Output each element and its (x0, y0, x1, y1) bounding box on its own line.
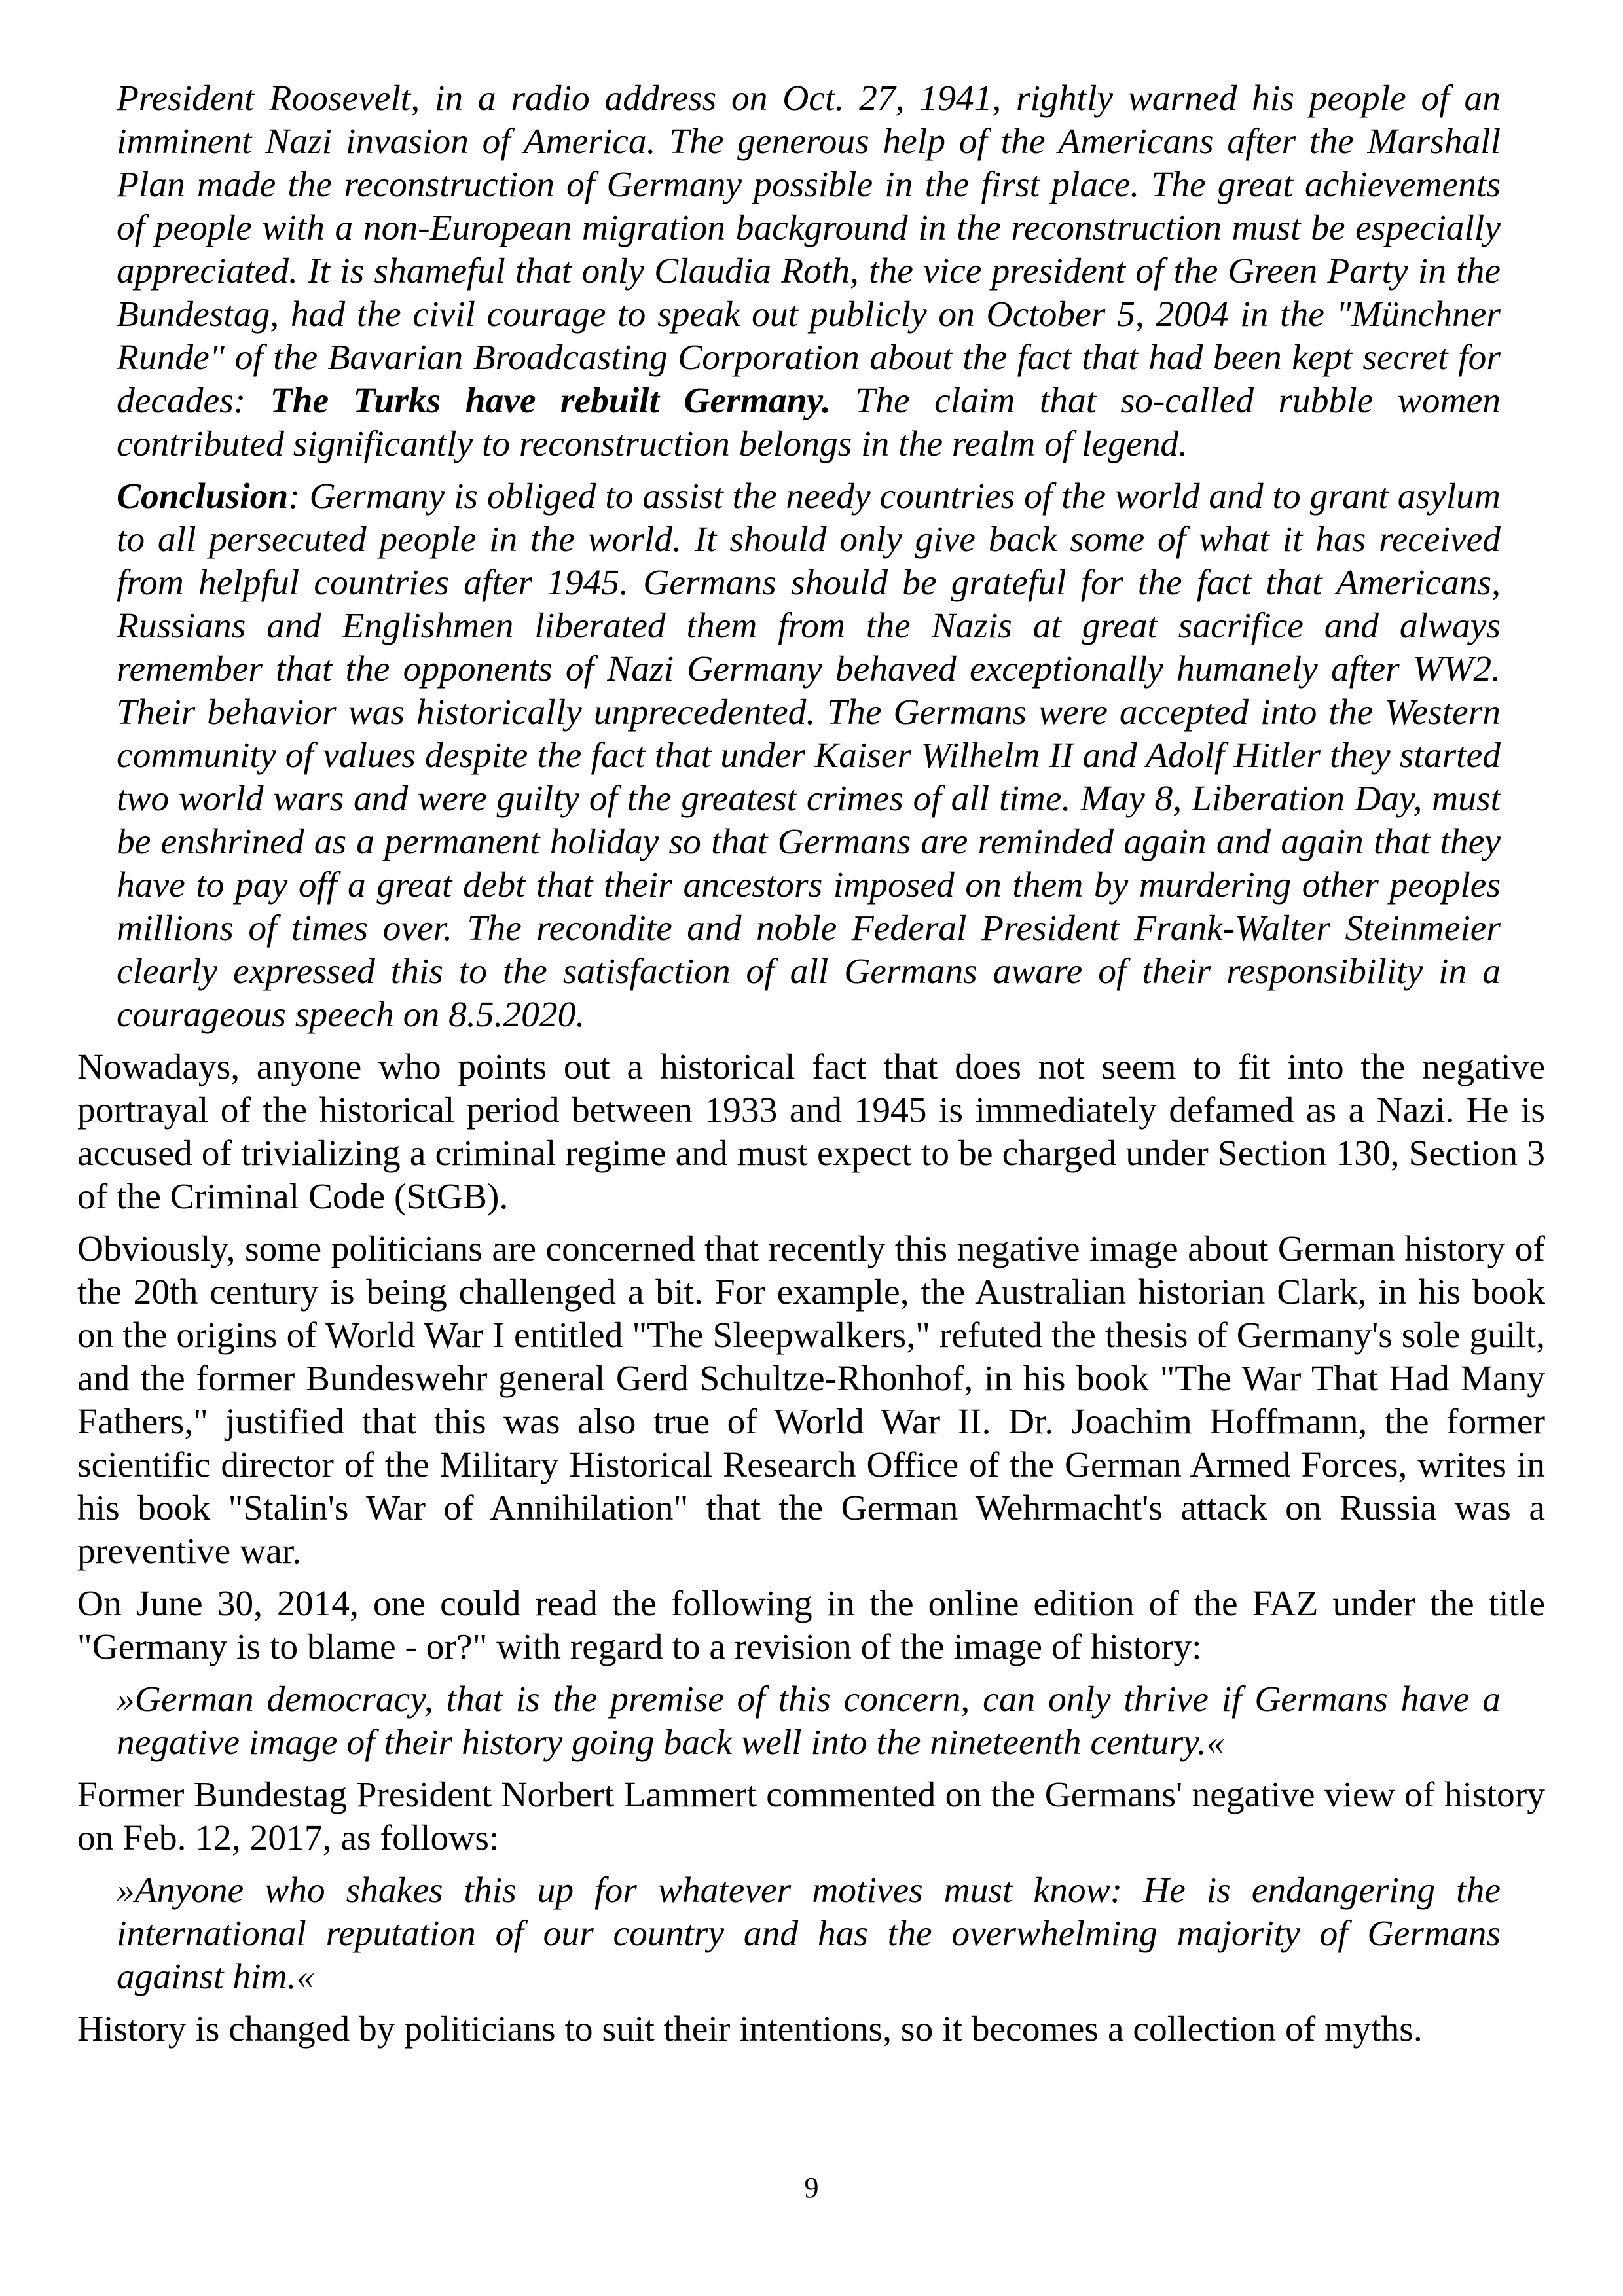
closing-paragraph: History is changed by politicians to sui… (77, 2008, 1545, 2051)
body-paragraph: Nowadays, anyone who points out a histor… (77, 1046, 1545, 1219)
page-number: 9 (0, 2172, 1623, 2204)
conclusion-text: : Germany is obliged to assist the needy… (117, 476, 1501, 1035)
conclusion-paragraph: Conclusion: Germany is obliged to assist… (117, 475, 1501, 1037)
blockquote-faz: »German democracy, that is the premise o… (117, 1678, 1501, 1765)
intro-italic-paragraph: President Roosevelt, in a radio address … (117, 77, 1501, 466)
conclusion-label: Conclusion (117, 476, 288, 516)
body-paragraph: Obviously, some politicians are concerne… (77, 1228, 1545, 1573)
document-page: President Roosevelt, in a radio address … (77, 77, 1545, 2060)
emphasis-bold-text: The Turks have rebuilt Germany. (270, 381, 831, 421)
body-paragraph: On June 30, 2014, one could read the fol… (77, 1583, 1545, 1669)
blockquote-lammert: »Anyone who shakes this up for whatever … (117, 1869, 1501, 1999)
intro-text: President Roosevelt, in a radio address … (117, 79, 1501, 421)
body-paragraph-lammert: Former Bundestag President Norbert Lamme… (77, 1774, 1545, 1860)
